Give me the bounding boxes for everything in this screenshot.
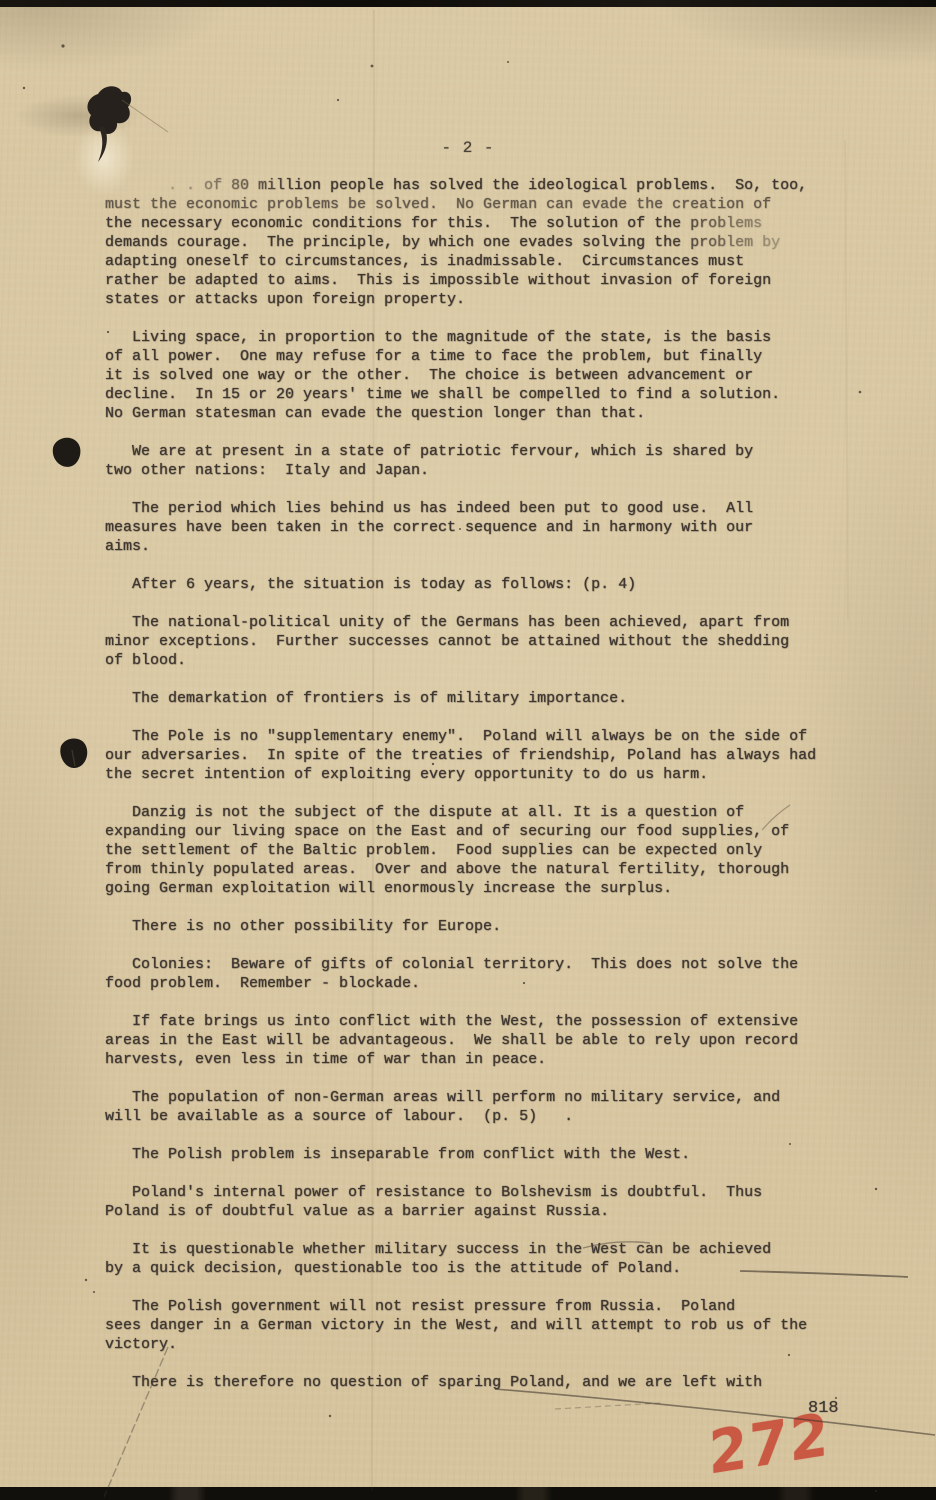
text-line: Poland's internal power of resistance to… [105,1183,845,1202]
text-line: of blood. [105,651,845,670]
text-line: aims. [105,537,845,556]
text-line: food problem. Remember - blockade. [105,974,845,993]
text-line: by a quick decision, questionable too is… [105,1259,845,1278]
text-line: There is no other possibility for Europe… [105,917,845,936]
text-line: . . of 80 million people has solved the … [105,176,845,195]
paragraph: After 6 years, the situation is today as… [105,575,845,594]
paragraph: Danzig is not the subject of the dispute… [105,803,845,898]
text-line: Poland is of doubtful value as a barrier… [105,1202,845,1221]
paragraph: The population of non-German areas will … [105,1088,845,1126]
page-number: - 2 - [0,139,936,157]
text-line: The demarkation of frontiers is of milit… [105,689,845,708]
text-line: The Polish problem is inseparable from c… [105,1145,845,1164]
text-line: No German statesman can evade the questi… [105,404,845,423]
document-body: . . of 80 million people has solved the … [105,176,845,1411]
text-line: sees danger in a German victory in the W… [105,1316,845,1335]
text-line: from thinly populated areas. Over and ab… [105,860,845,879]
text-line: two other nations: Italy and Japan. [105,461,845,480]
text-line: After 6 years, the situation is today as… [105,575,845,594]
text-line: adapting oneself to circumstances, is in… [105,252,845,271]
paragraph: Living space, in proportion to the magni… [105,328,845,423]
paragraph: We are at present in a state of patrioti… [105,442,845,480]
text-line: the settlement of the Baltic problem. Fo… [105,841,845,860]
paragraph: The national-political unity of the Germ… [105,613,845,670]
text-line: The national-political unity of the Germ… [105,613,845,632]
paragraph: The demarkation of frontiers is of milit… [105,689,845,708]
paragraph: It is questionable whether military succ… [105,1240,845,1278]
text-line: expanding our living space on the East a… [105,822,845,841]
text-line: minor exceptions. Further successes cann… [105,632,845,651]
text-line: harvests, even less in time of war than … [105,1050,845,1069]
text-line: of all power. One may refuse for a time … [105,347,845,366]
photo-frame: - 2 - . . of 80 million people has solve… [0,0,936,1500]
photo-edge-bottom [0,1487,936,1500]
text-line: victory. [105,1335,845,1354]
text-line: measures have been taken in the correct … [105,518,845,537]
text-line: The Pole is no "supplementary enemy". Po… [105,727,845,746]
paragraph: There is therefore no question of sparin… [105,1373,845,1392]
text-line: If fate brings us into conflict with the… [105,1012,845,1031]
text-line: it is solved one way or the other. The c… [105,366,845,385]
paragraph: There is no other possibility for Europe… [105,917,845,936]
text-line: areas in the East will be advantageous. … [105,1031,845,1050]
text-line: the necessary economic conditions for th… [105,214,845,233]
text-line: We are at present in a state of patrioti… [105,442,845,461]
text-line: must the economic problems be solved. No… [105,195,845,214]
text-line: There is therefore no question of sparin… [105,1373,845,1392]
text-line: the secret intention of exploiting every… [105,765,845,784]
text-line: Danzig is not the subject of the dispute… [105,803,845,822]
paragraph: Colonies: Beware of gifts of colonial te… [105,955,845,993]
text-line: states or attacks upon foreign property. [105,290,845,309]
text-line: will be available as a source of labour.… [105,1107,845,1126]
text-line: The period which lies behind us has inde… [105,499,845,518]
paragraph: The period which lies behind us has inde… [105,499,845,556]
text-line: going German exploitation will enormousl… [105,879,845,898]
text-line: our adversaries. In spite of the treatie… [105,746,845,765]
photo-edge-top [0,0,936,7]
text-line: decline. In 15 or 20 years' time we shal… [105,385,845,404]
paragraph: . . of 80 million people has solved the … [105,176,845,309]
paragraph: Poland's internal power of resistance to… [105,1183,845,1221]
text-line: It is questionable whether military succ… [105,1240,845,1259]
text-line: demands courage. The principle, by which… [105,233,845,252]
text-line: The population of non-German areas will … [105,1088,845,1107]
text-line: The Polish government will not resist pr… [105,1297,845,1316]
paragraph: The Pole is no "supplementary enemy". Po… [105,727,845,784]
text-line: rather be adapted to aims. This is impos… [105,271,845,290]
paragraph: If fate brings us into conflict with the… [105,1012,845,1069]
text-line: Colonies: Beware of gifts of colonial te… [105,955,845,974]
text-line: Living space, in proportion to the magni… [105,328,845,347]
paragraph: The Polish government will not resist pr… [105,1297,845,1354]
paragraph: The Polish problem is inseparable from c… [105,1145,845,1164]
